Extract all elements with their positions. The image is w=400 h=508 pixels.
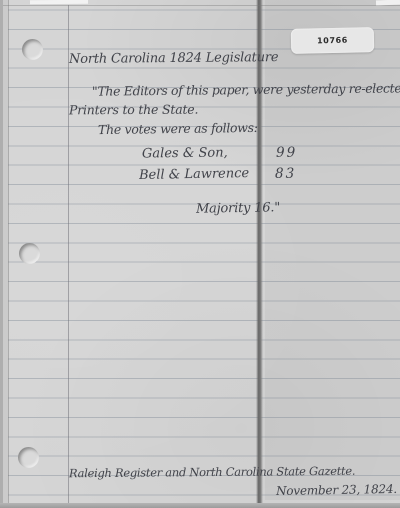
vote-row-name: Bell & Lawrence xyxy=(139,167,249,182)
punch-hole-bottom xyxy=(18,447,39,468)
ruled-lines xyxy=(3,0,400,503)
paper-bottom-edge-shadow xyxy=(0,503,400,508)
paper-top-edge xyxy=(3,5,400,6)
vote-row-count: 99 xyxy=(276,147,297,161)
punch-hole-top xyxy=(22,39,43,60)
page-fold-line xyxy=(256,0,263,504)
vote-row-name: Gales & Son, xyxy=(142,147,228,161)
heading-line: North Carolina 1824 Legislature xyxy=(69,51,278,66)
punch-hole-middle xyxy=(19,243,40,264)
source-citation: Raleigh Register and North Carolina Stat… xyxy=(69,466,355,480)
vote-row-count: 83 xyxy=(275,168,296,182)
quote-line-2: Printers to the State. xyxy=(69,104,198,117)
scan-light-sliver-left xyxy=(30,0,88,4)
paper-left-edge-line xyxy=(8,0,9,504)
catalog-number: 10766 xyxy=(317,36,348,46)
scanned-document-page: 10766 North Carolina 1824 Legislature "T… xyxy=(0,0,400,508)
votes-intro-line: The votes were as follows: xyxy=(98,122,258,137)
source-date: November 23, 1824. xyxy=(276,483,397,497)
margin-rule-line xyxy=(68,5,69,503)
quote-line-1: "The Editors of this paper, were yesterd… xyxy=(92,82,400,98)
scan-light-sliver-right xyxy=(376,0,400,5)
majority-line: Majority 16." xyxy=(196,201,280,215)
catalog-sticker: 10766 xyxy=(291,27,375,54)
